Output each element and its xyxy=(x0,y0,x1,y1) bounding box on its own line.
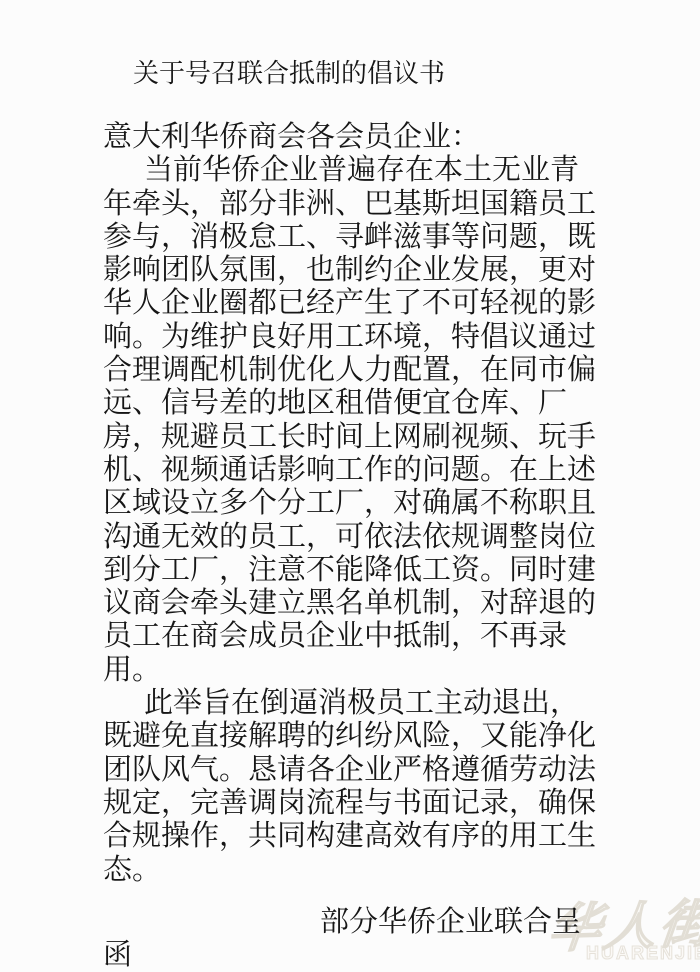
text-line: 机、视频通话影响工作的问题。在上述 xyxy=(103,454,663,487)
document-page: 关于号召联合抵制的倡议书 意大利华侨商会各会员企业： 当前华侨企业普遍存在本土无… xyxy=(0,0,700,972)
signature-line: 部分华侨企业联合呈 xyxy=(103,906,663,939)
text-line: 合规操作，共同构建高效有序的用工生 xyxy=(103,820,663,853)
text-line: 远、信号差的地区租借便宜仓库、厂 xyxy=(103,387,663,420)
document-body: 意大利华侨商会各会员企业： 当前华侨企业普遍存在本土无业青 年牵头，部分非洲、巴… xyxy=(103,121,663,972)
text-line: 房，规避员工长时间上网刷视频、玩手 xyxy=(103,421,663,454)
text-line: 当前华侨企业普遍存在本土无业青 xyxy=(103,154,663,187)
text-line: 规定，完善调岗流程与书面记录，确保 xyxy=(103,787,663,820)
text-line: 既避免直接解聘的纠纷风险，又能净化 xyxy=(103,720,663,753)
text-line: 合理调配机制优化人力配置，在同市偏 xyxy=(103,354,663,387)
text-line: 区域设立多个分工厂，对确属不称职且 xyxy=(103,487,663,520)
text-line: 态。 xyxy=(103,854,663,887)
signature-line: 函 xyxy=(103,939,663,972)
text-line: 到分工厂，注意不能降低工资。同时建 xyxy=(103,554,663,587)
text-line: 员工在商会成员企业中抵制，不再录 xyxy=(103,620,663,653)
document-title: 关于号召联合抵制的倡议书 xyxy=(133,57,700,90)
text-line: 华人企业圈都已经产生了不可轻视的影 xyxy=(103,287,663,320)
text-line: 用。 xyxy=(103,654,663,687)
salutation-line: 意大利华侨商会各会员企业： xyxy=(103,121,663,154)
text-line: 影响团队氛围，也制约企业发展，更对 xyxy=(103,254,663,287)
text-line: 响。为维护良好用工环境，特倡议通过 xyxy=(103,321,663,354)
text-line: 参与，消极怠工、寻衅滋事等问题，既 xyxy=(103,221,663,254)
text-line: 沟通无效的员工，可依法依规调整岗位 xyxy=(103,521,663,554)
text-line: 议商会牵头建立黑名单机制，对辞退的 xyxy=(103,587,663,620)
text-line: 团队风气。恳请各企业严格遵循劳动法 xyxy=(103,754,663,787)
text-line: 年牵头，部分非洲、巴基斯坦国籍员工 xyxy=(103,188,663,221)
text-line: 此举旨在倒逼消极员工主动退出， xyxy=(103,687,663,720)
signature-block: 部分华侨企业联合呈 函 xyxy=(103,906,663,972)
